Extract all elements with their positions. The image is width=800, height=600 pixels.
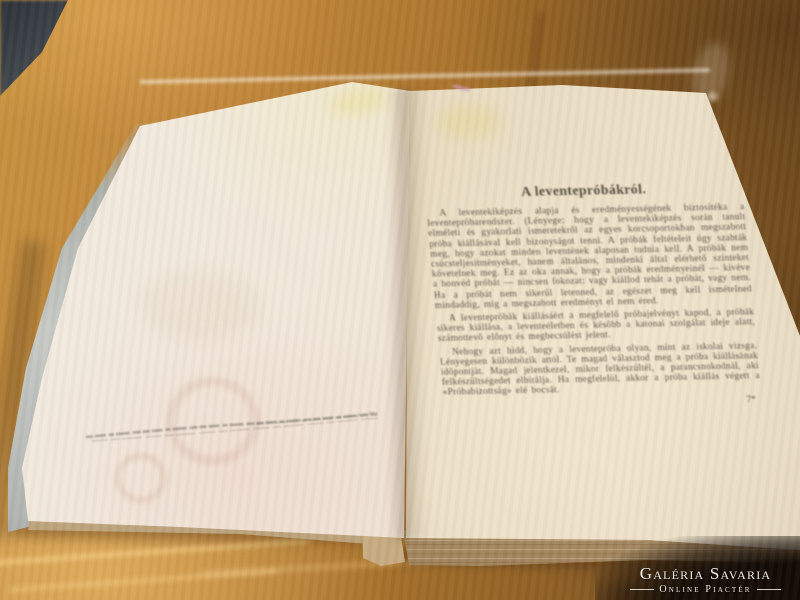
body-paragraph: Nehogy azt hidd, hogy a leventepróba oly… (439, 341, 762, 399)
right-page-text: A leventepróbákról. A leventekiképzés al… (424, 179, 762, 411)
watermark-rule-right (757, 589, 781, 590)
watermark-subtitle: Online Piactér (659, 584, 751, 595)
body-paragraph: A leventepróbák kiállásáért a megfelelő … (436, 307, 757, 344)
watermark-rule-left (630, 589, 654, 590)
body-paragraph: A leventekiképzés alapja és eredményessé… (426, 202, 753, 311)
watermark-subtitle-row: Online Piactér (630, 584, 780, 595)
photo-of-open-book: A leventepróbákról. A leventekiképzés al… (0, 0, 800, 600)
watermark-title: Galéria Savaria (640, 565, 772, 583)
watermark-badge: Galéria Savaria Online Piactér (595, 536, 800, 600)
